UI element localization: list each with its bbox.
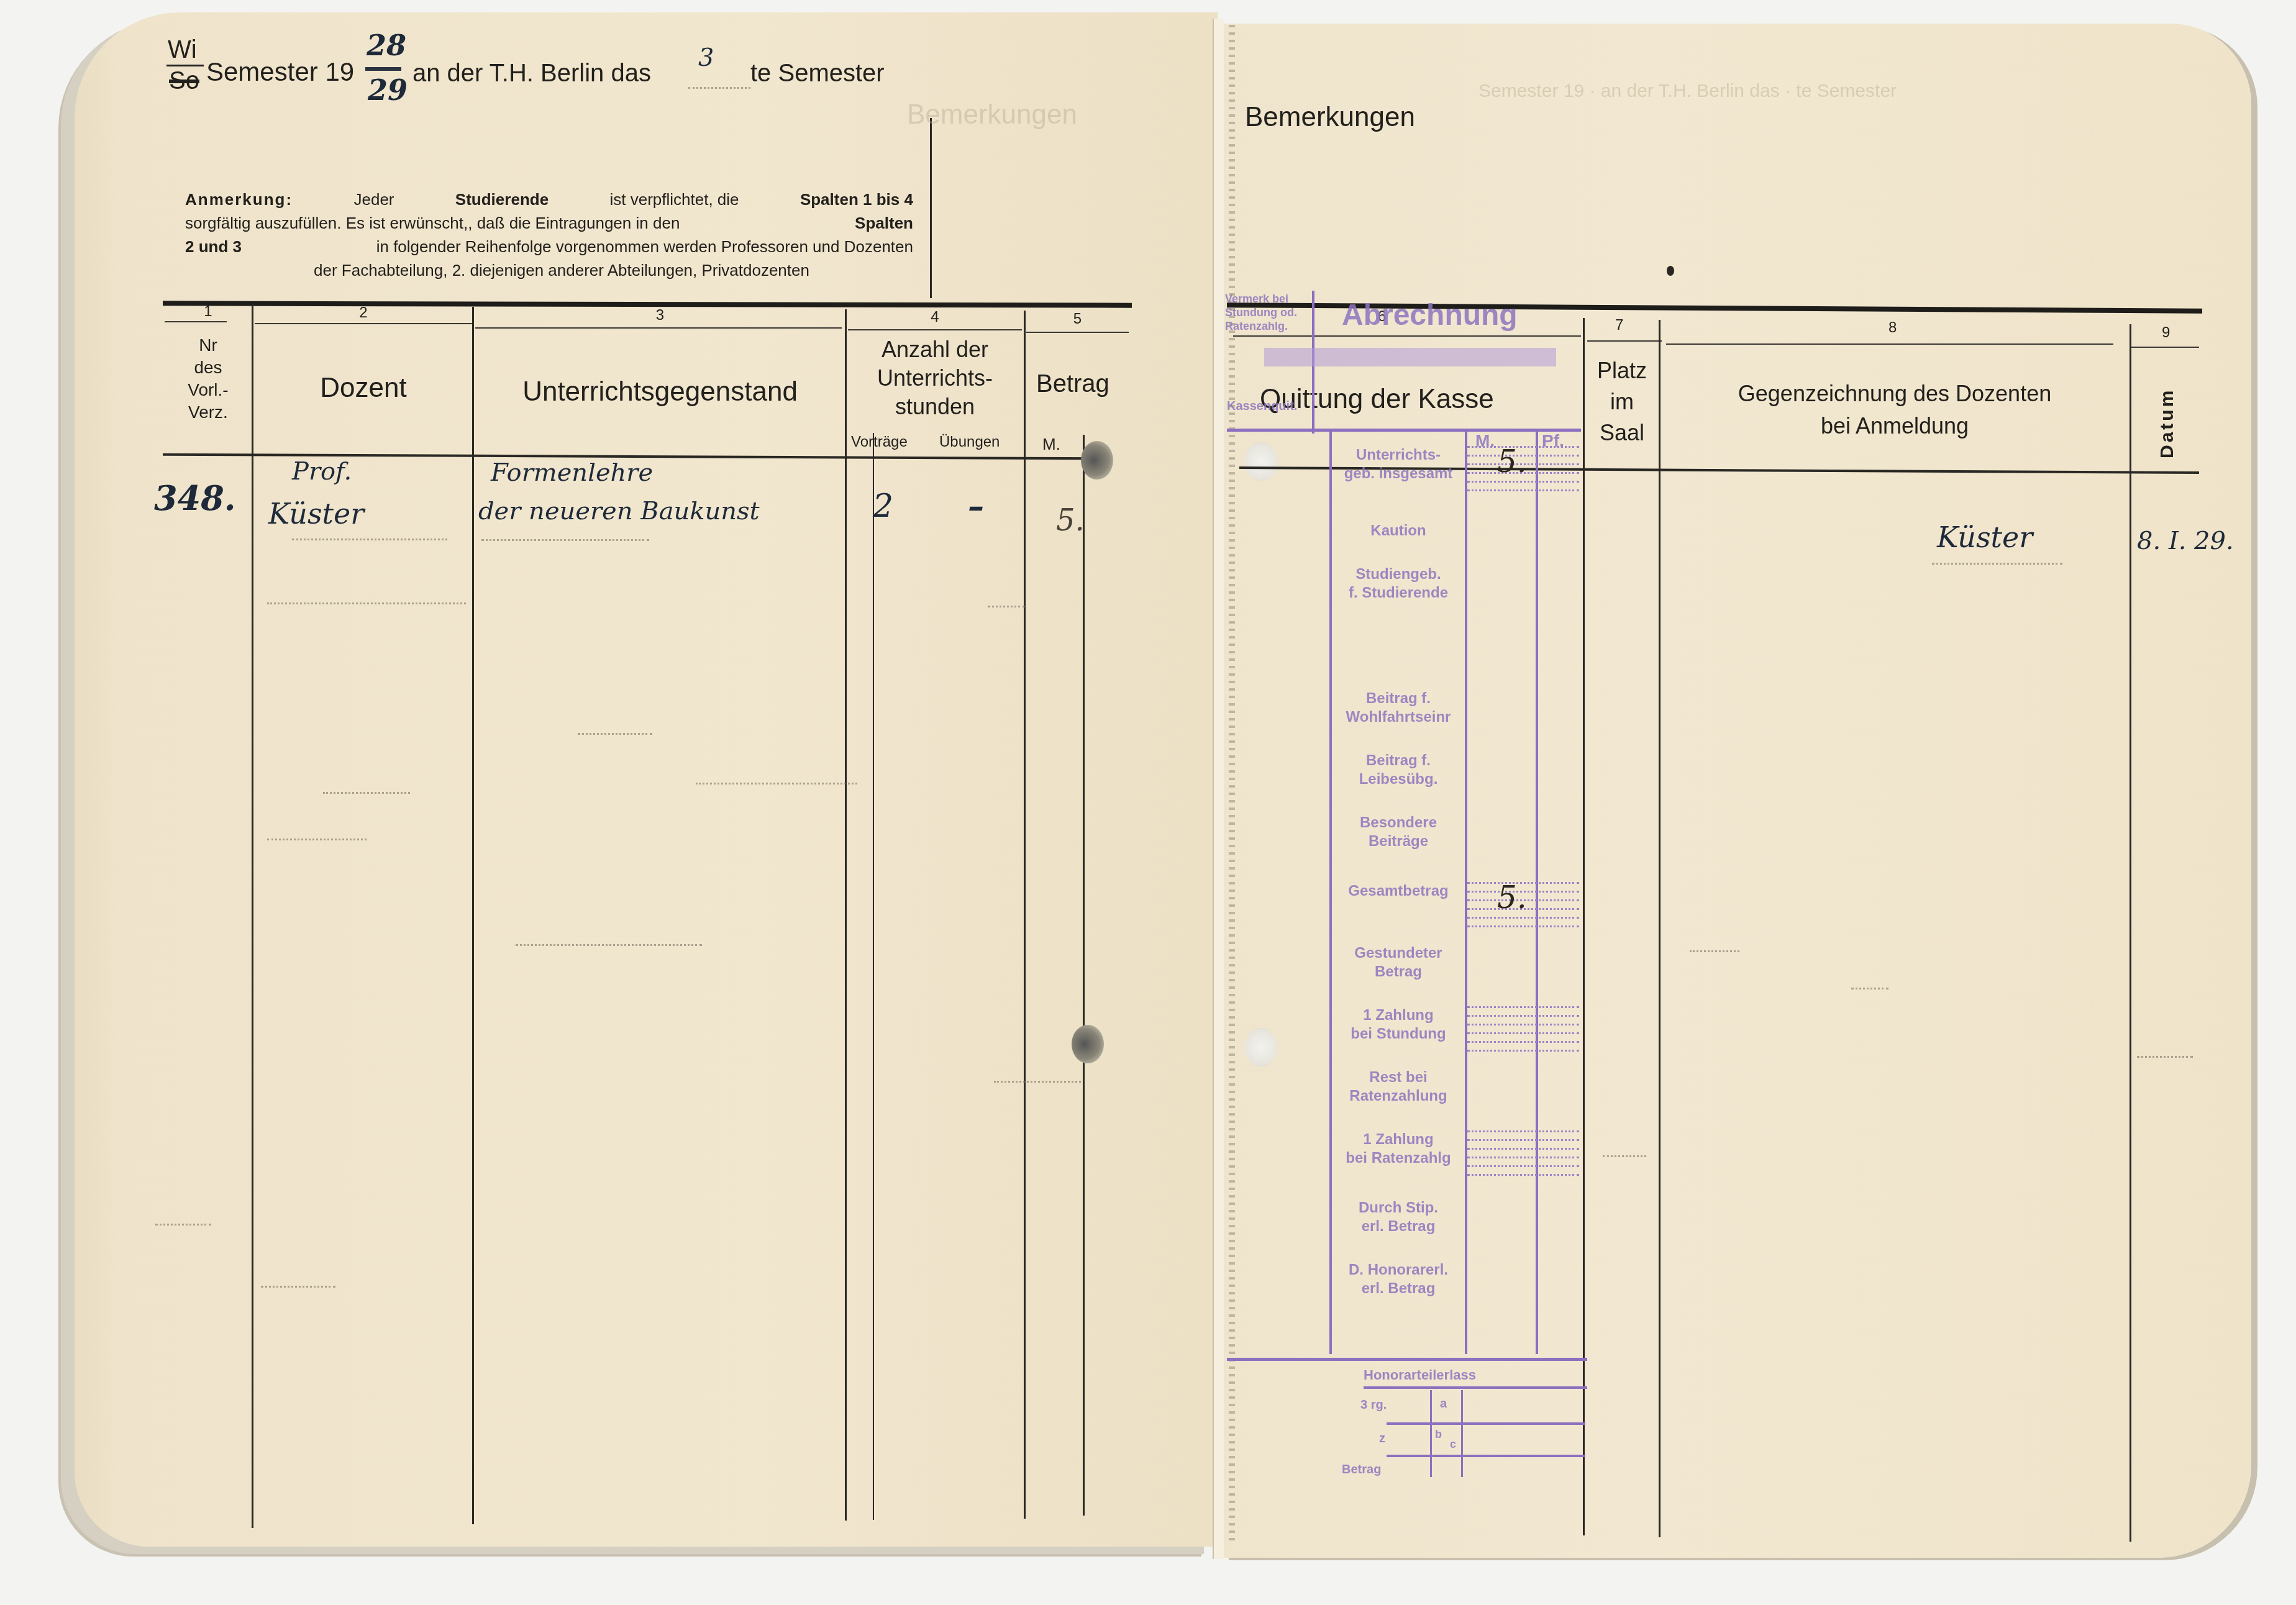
stamp-footer-rule-3 (1387, 1422, 1585, 1425)
right-page (1223, 24, 2251, 1558)
stamp-side-label-stundung: Vermerk bei Stundung od. Ratenzahlg. (1225, 292, 1331, 333)
dotline (481, 539, 649, 541)
stamp-pf-divider (1536, 432, 1538, 1354)
col-divider-3 (845, 309, 847, 1521)
note-line3-a: 2 und 3 (185, 235, 242, 258)
col4-number-rule (848, 329, 1022, 330)
stamp-bar (1264, 348, 1556, 366)
col6-number-rule (1233, 335, 1581, 337)
binding-hole (1245, 1028, 1277, 1066)
col-divider-2 (472, 307, 474, 1524)
stamp-shading (1467, 1041, 1579, 1043)
stamp-footer-rule-4 (1387, 1455, 1585, 1457)
col5-label: Betrag (1036, 370, 1109, 398)
col5-number: 5 (1026, 311, 1129, 328)
stamp-item-label: Rest bei Ratenzahlung (1333, 1068, 1464, 1106)
stamp-item-label: Kaution (1333, 522, 1464, 540)
semester-suffix: te Semester (750, 60, 885, 88)
dotline (988, 606, 1025, 607)
remarks-title: Bemerkungen (1245, 102, 1415, 133)
semester-number-handwritten: 3 (698, 43, 714, 72)
stamp-unit-pf: Pf. (1542, 430, 1564, 452)
col-divider-8 (2130, 324, 2131, 1542)
note-line2-a: sorgfältig auszufüllen. Es ist erwünscht… (185, 211, 680, 235)
stamp-item-label: Gestundeter Betrag (1333, 944, 1464, 981)
col4-label: Anzahl der Unterrichts- stunden (848, 335, 1022, 421)
dotline (1603, 1155, 1646, 1157)
note-line4: der Fachabteilung, 2. diejenigen anderer… (185, 258, 913, 282)
stamp-footer-title: Honorarteilerlass (1364, 1366, 1476, 1384)
col4-number: 4 (848, 309, 1022, 326)
dotline (1932, 563, 2062, 565)
col9-number: 9 (2162, 324, 2170, 342)
row-gegenstand-line2: der neueren Baukunst (478, 497, 760, 525)
note-line1-c: ist verpflichtet, die (609, 188, 739, 211)
perforation-edge (1229, 25, 1235, 1540)
stamp-shading (1467, 489, 1579, 491)
col-divider-5-sub (1083, 435, 1085, 1516)
stamp-item-label: Gesamtbetrag (1333, 882, 1464, 901)
semester-wi: Wi (168, 37, 197, 62)
stamp-item-amount-m: 5. (1497, 443, 1527, 480)
note-separator (930, 118, 932, 298)
stamp-footer-cell-c: c (1450, 1437, 1456, 1452)
dotline (261, 1286, 335, 1288)
binding-hole (1081, 441, 1113, 480)
institution-text: an der T.H. Berlin das (412, 60, 651, 88)
row-betrag-m: 5. (1056, 503, 1085, 538)
row-gegenzeichnung-signature: Küster (1937, 521, 2033, 554)
stamp-footer-rule-2 (1364, 1386, 1587, 1389)
stamp-item-amount-m: 5. (1497, 880, 1527, 916)
col1-label: Nr des Vorl.- Verz. (165, 334, 252, 424)
stamp-shading (1467, 1015, 1579, 1017)
binding-hole (1245, 442, 1277, 481)
col7-number-rule (1587, 340, 1662, 342)
col1-number-rule (165, 321, 227, 322)
row-gegenstand-line1: Formenlehre (491, 458, 653, 487)
book-gutter (1213, 19, 1224, 1559)
col-divider-4 (1024, 311, 1026, 1519)
semester-so-struck: So (169, 68, 199, 93)
stamp-item-label: D. Honorarerl. erl. Betrag (1333, 1261, 1464, 1298)
row-dozent-name: Küster (268, 497, 364, 530)
dotline (994, 1081, 1081, 1083)
dotline (696, 783, 857, 784)
stamp-footer-cell-b: b (1435, 1427, 1442, 1442)
note-line1-d: Spalten 1 bis 4 (800, 188, 913, 211)
stamp-unit-m: M. (1475, 430, 1495, 452)
stamp-shading (1467, 1157, 1579, 1158)
stamp-item-label: Beitrag f. Wohlfahrtseinr (1333, 689, 1464, 727)
stamp-footer-cell-rg: 3 rg. (1360, 1398, 1387, 1413)
row-vortraege: 2 (873, 488, 893, 525)
year-bottom-handwritten: 29 (368, 73, 408, 107)
dotline (578, 733, 652, 735)
stamp-footer-cell-rg-label: rg. (1371, 1398, 1387, 1412)
showthrough-header: Semester 19 · an der T.H. Berlin das · t… (1478, 81, 1897, 102)
col-divider-7 (1659, 320, 1660, 1537)
dotline (2137, 1056, 2193, 1058)
stamp-item-label: Beitrag f. Leibesübg. (1333, 752, 1464, 789)
dotline (1690, 950, 1739, 952)
col-divider-4-sub (873, 433, 874, 1520)
col-divider-1 (252, 304, 253, 1528)
year-fraction-line (365, 67, 401, 71)
stamp-shading (1467, 1050, 1579, 1052)
stamp-footer-last: Betrag (1342, 1462, 1381, 1478)
stamp-shading (1467, 1130, 1579, 1132)
note-line2-b: Spalten (855, 211, 913, 235)
stamp-shading (1467, 1024, 1579, 1025)
col4-sub-vortraege-label: Vorträge (851, 434, 908, 451)
stamp-item-label: Durch Stip. erl. Betrag (1333, 1199, 1464, 1236)
stamp-footer-cell-3: 3 (1360, 1398, 1367, 1412)
stamp-item-label: 1 Zahlung bei Ratenzahlg (1333, 1130, 1464, 1168)
stamp-shading (1467, 1139, 1579, 1141)
stamp-item-label: Besondere Beiträge (1333, 814, 1464, 851)
semester-number-dotline (688, 87, 750, 89)
stamp-shading (1467, 925, 1579, 927)
year-top-handwritten: 28 (367, 29, 406, 62)
fraction-line (166, 65, 204, 66)
row-uebungen: – (968, 488, 984, 525)
col3-number: 3 (475, 307, 845, 324)
col8-label: Gegenzeichnung des Dozenten bei Anmeldun… (1665, 378, 2125, 442)
col8-number-rule (1666, 343, 2113, 345)
ink-speck (1667, 266, 1674, 276)
stamp-item-label: Studiengeb. f. Studierende (1333, 565, 1464, 602)
stamp-footer-divider (1430, 1390, 1432, 1477)
col2-number-rule (255, 323, 472, 324)
stamp-shading (1467, 1006, 1579, 1008)
dotline (267, 839, 367, 840)
binding-hole (1072, 1025, 1104, 1063)
row-datum: 8. I. 29. (2137, 527, 2234, 555)
stamp-title: Abrechnung (1342, 297, 1518, 334)
col9-number-rule (2131, 347, 2199, 348)
dotline (323, 792, 410, 794)
stamp-item-label: 1 Zahlung bei Stundung (1333, 1006, 1464, 1043)
dotline (292, 539, 447, 540)
stamp-footer-cell-a: a (1440, 1396, 1447, 1412)
stamp-shading (1467, 481, 1579, 483)
dotline (1851, 988, 1888, 989)
dotline (267, 602, 466, 604)
col5-number-rule (1026, 332, 1129, 333)
row-nr: 348. (154, 478, 236, 518)
col3-number-rule (475, 327, 842, 329)
stamp-left-border (1329, 432, 1332, 1354)
stamp-shading (1467, 1165, 1579, 1167)
row-dozent-title: Prof. (292, 457, 352, 486)
stamp-shading (1467, 1148, 1579, 1150)
stamp-shading (1467, 1032, 1579, 1034)
stamp-shading (1467, 1174, 1579, 1176)
dotline (516, 944, 702, 946)
col3-label: Unterrichtsgegenstand (475, 376, 845, 407)
stamp-footer-divider (1461, 1390, 1463, 1477)
semester-label: Semester 19 (206, 57, 354, 87)
col8-number: 8 (1888, 319, 1897, 337)
col7-number: 7 (1615, 317, 1623, 334)
showthrough-bemerkungen: Bemerkungen (907, 99, 1077, 130)
col1-number: 1 (165, 303, 252, 321)
col7-label: Platz im Saal (1585, 355, 1659, 448)
note-line1-a: Jeder (353, 188, 394, 211)
col5-sub-m: M. (1042, 435, 1060, 454)
note-title: Anmerkung: (185, 188, 293, 211)
col4-sub-uebungen-label: Übungen (939, 434, 1000, 451)
dotline (155, 1224, 211, 1225)
stamp-header-rule (1227, 429, 1581, 432)
stamp-footer-rule (1227, 1358, 1587, 1361)
stamp-shading (1467, 917, 1579, 919)
col2-label: Dozent (255, 373, 472, 404)
col-divider-6 (1583, 318, 1585, 1535)
note-line3-b: in folgender Reihenfolge vorgenommen wer… (376, 235, 913, 258)
instruction-note: Anmerkung: Jeder Studierende ist verpfli… (185, 188, 913, 282)
stamp-footer-cell-z: z (1379, 1431, 1385, 1447)
col9-label: Datum (2157, 388, 2178, 458)
note-line1-b: Studierende (455, 188, 549, 211)
col2-number: 2 (255, 304, 472, 322)
stamp-m-divider (1465, 432, 1467, 1354)
stamp-side-label-kasse: Kassenquit. (1227, 399, 1297, 414)
stamp-item-label: Unterrichts- geb. insgesamt (1333, 446, 1464, 483)
